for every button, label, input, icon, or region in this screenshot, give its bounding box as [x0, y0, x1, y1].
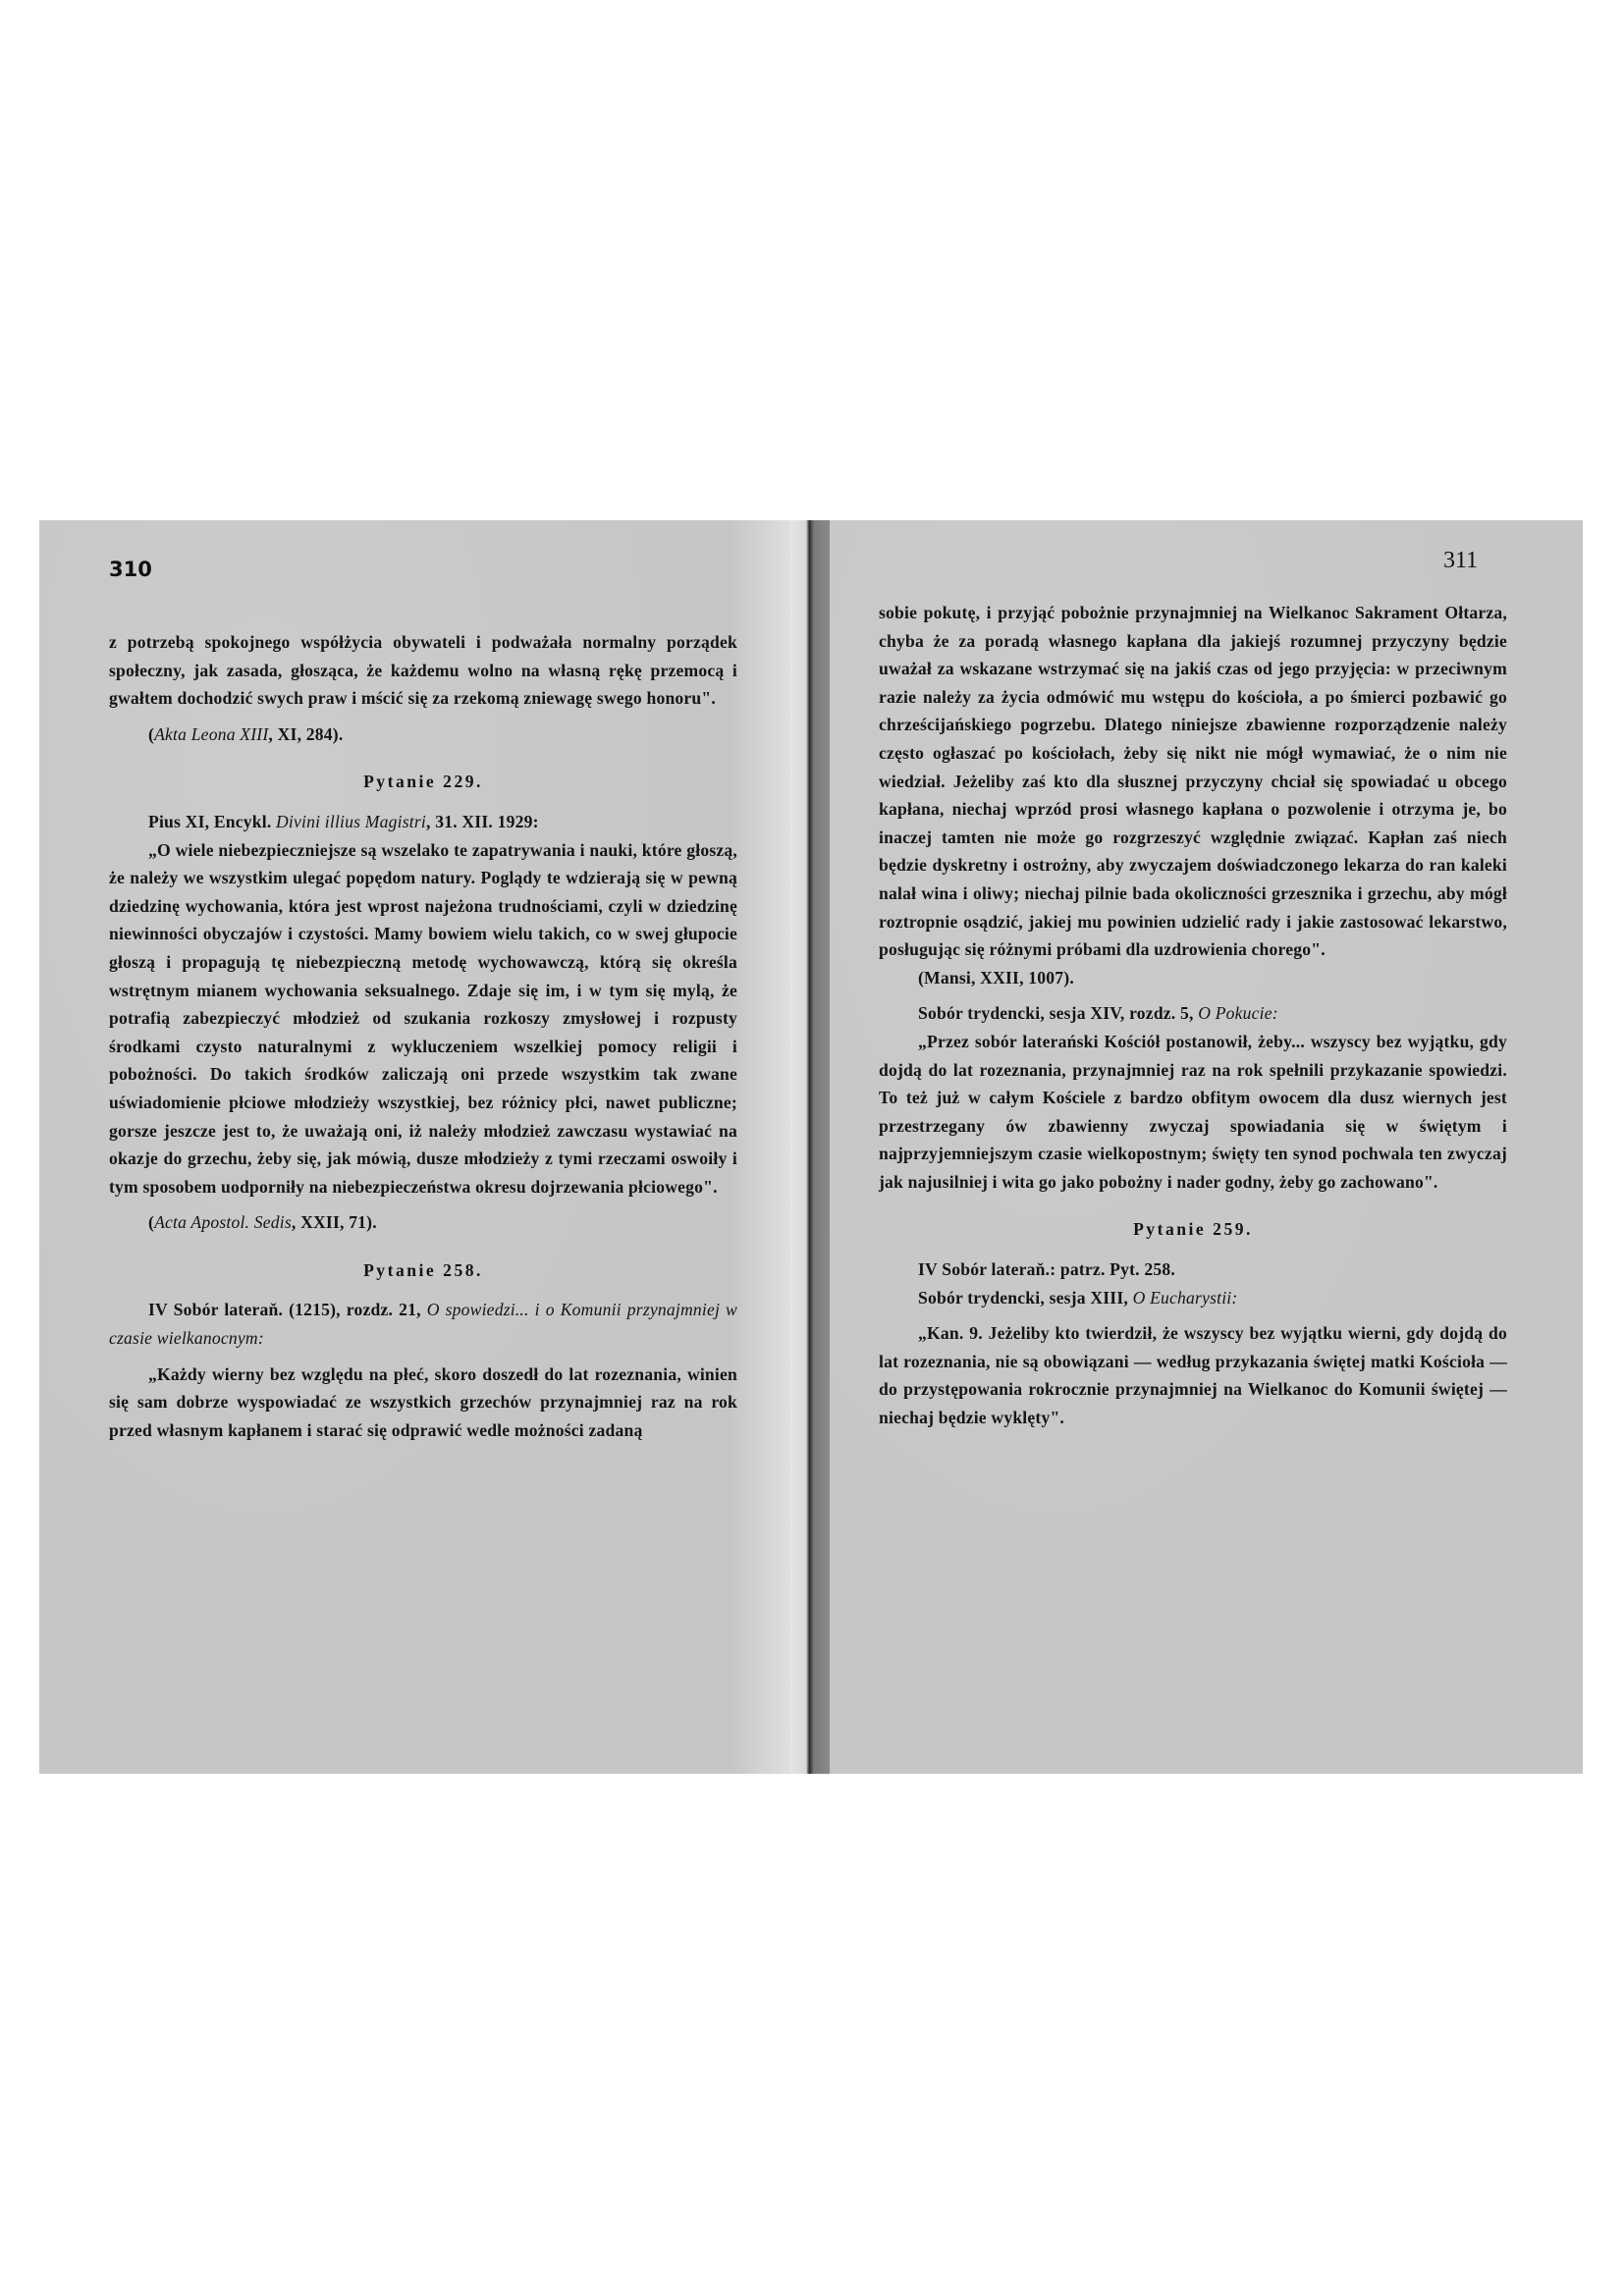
quotation: „O wiele niebezpieczniejsze są wszelako … — [109, 836, 737, 1201]
quotation: „Przez sobór laterański Kościół postanow… — [879, 1028, 1507, 1197]
page-number-right: 311 — [1443, 548, 1478, 574]
source-prefix: IV Sobór lateraň. (1215), rozdz. 21, — [148, 1300, 427, 1319]
quotation: „Kan. 9. Jeżeliby kto twierdził, że wszy… — [879, 1319, 1507, 1431]
left-page-text: z potrzebą spokojnego współżycia obywate… — [109, 628, 737, 1444]
paragraph: sobie pokutę, i przyjąć pobożnie przynaj… — [879, 599, 1507, 964]
citation-ref: , XI, 284). — [268, 724, 343, 744]
section-heading: Pytanie 259. — [879, 1215, 1507, 1244]
book-scan: 310 311 z potrzebą spokojnego współżycia… — [39, 520, 1583, 1774]
source-title: Divini illius Magistri — [276, 812, 426, 831]
citation: (Mansi, XXII, 1007). — [879, 964, 1507, 992]
section-heading: Pytanie 229. — [109, 768, 737, 796]
section-heading: Pytanie 258. — [109, 1256, 737, 1285]
source-prefix: Sobór trydencki, sesja XIV, rozdz. 5, — [918, 1003, 1198, 1023]
source-suffix: , 31. XII. 1929: — [426, 812, 539, 831]
citation-title: Akta Leona XIII — [154, 724, 268, 744]
book-gutter-left — [790, 520, 830, 1774]
source-line: Sobór trydencki, sesja XIV, rozdz. 5, O … — [879, 999, 1507, 1028]
reference-line: IV Sobór lateraň.: patrz. Pyt. 258. — [879, 1255, 1507, 1284]
source-line: Sobór trydencki, sesja XIII, O Eucharyst… — [879, 1284, 1507, 1312]
source-prefix: Pius XI, Encykl. — [148, 812, 276, 831]
source-line: IV Sobór lateraň. (1215), rozdz. 21, O s… — [109, 1296, 737, 1352]
citation-ref: , XXII, 71). — [292, 1212, 377, 1232]
page-number-left: 310 — [109, 558, 152, 581]
citation: (Akta Leona XIII, XI, 284). — [109, 721, 737, 749]
paragraph: z potrzebą spokojnego współżycia obywate… — [109, 628, 737, 713]
quotation: „Każdy wierny bez względu na płeć, skoro… — [109, 1361, 737, 1445]
citation: (Acta Apostol. Sedis, XXII, 71). — [109, 1208, 737, 1237]
right-page-text: sobie pokutę, i przyjąć pobożnie przynaj… — [879, 599, 1507, 1432]
citation-title: Acta Apostol. Sedis — [154, 1212, 292, 1232]
source-line: Pius XI, Encykl. Divini illius Magistri,… — [109, 808, 737, 836]
source-prefix: Sobór trydencki, sesja XIII, — [918, 1288, 1133, 1308]
source-title: O Eucharystii: — [1133, 1288, 1238, 1308]
source-title: O Pokucie: — [1198, 1003, 1278, 1023]
